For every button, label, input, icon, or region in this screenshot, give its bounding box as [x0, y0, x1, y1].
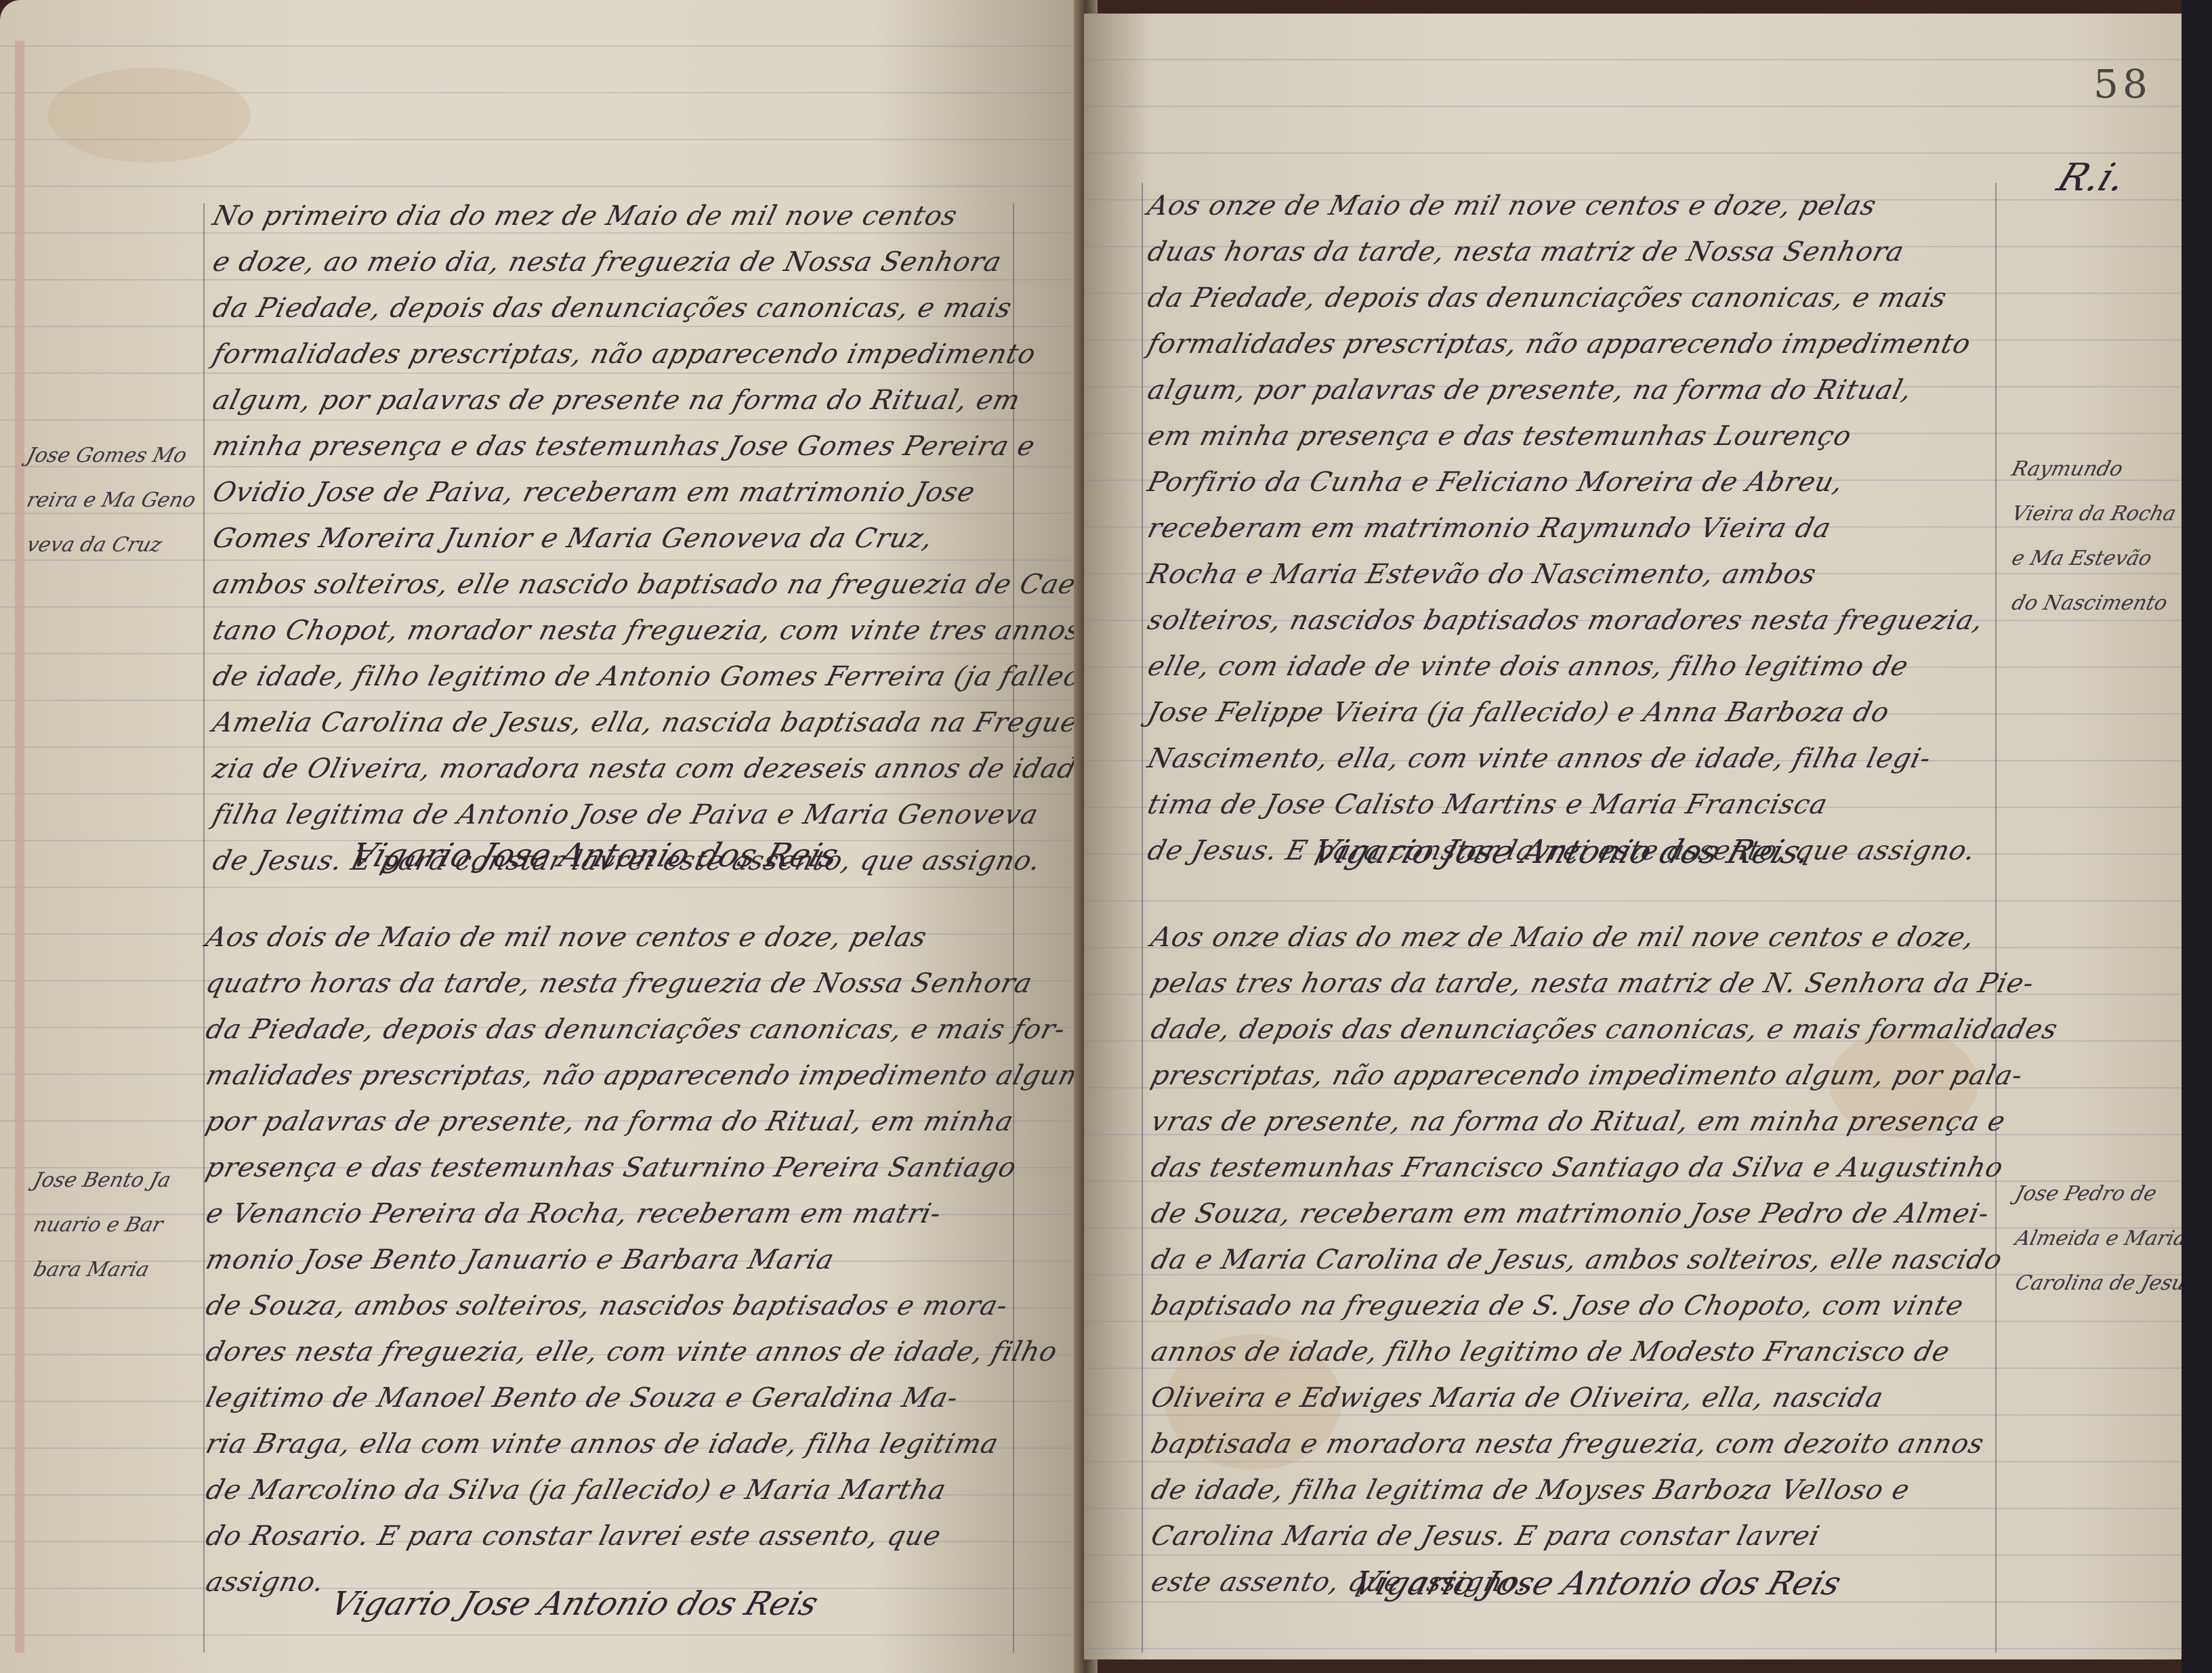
- margin-note-line: e Ma Estevão: [2007, 536, 2182, 581]
- entry-line: dade, depois das denunciações canonicas,…: [1146, 1007, 2064, 1053]
- entry-line: algum, por palavras de presente, na form…: [1143, 367, 1989, 413]
- margin-note-line: Raymundo: [2007, 447, 2182, 492]
- entry-line: Aos onze de Maio de mil nove centos e do…: [1143, 183, 1989, 229]
- entry-line: Amelia Carolina de Jesus, ella, nascida …: [208, 700, 1142, 746]
- entry-line: Ovidio Jose de Paiva, receberam em matri…: [208, 469, 1142, 515]
- margin-rule: [203, 203, 205, 1653]
- margin-note-3: Raymundo Vieira da Rocha e Ma Estevão do…: [2012, 447, 2175, 626]
- entry-2-signature: Vigario Jose Antonio dos Reis: [326, 1585, 823, 1623]
- entry-line: e doze, ao meio dia, nesta freguezia de …: [208, 239, 1142, 285]
- page-edge: [15, 41, 24, 1653]
- margin-note-line: Jose Gomes Mo: [22, 433, 201, 478]
- entry-line: tima de Jose Calisto Martins e Maria Fra…: [1143, 782, 1989, 828]
- entry-line: solteiros, nascidos baptisados moradores…: [1143, 597, 1989, 643]
- margin-note-line: reira e Ma Geno: [22, 478, 201, 523]
- entry-line: ambos solteiros, elle nascido baptisado …: [208, 562, 1142, 608]
- entry-line: receberam em matrimonio Raymundo Vieira …: [1143, 505, 1989, 551]
- entry-line: monio Jose Bento Januario e Barbara Mari…: [201, 1237, 1101, 1283]
- entry-line: Oliveira e Edwiges Maria de Oliveira, el…: [1146, 1375, 2064, 1421]
- entry-line: dores nesta freguezia, elle, com vinte a…: [201, 1329, 1101, 1375]
- entry-line: legitimo de Manoel Bento de Souza e Gera…: [201, 1375, 1101, 1421]
- book-cover-edge: [2182, 0, 2212, 1673]
- margin-note-line: nuario e Bar: [28, 1203, 176, 1248]
- entry-line: Nascimento, ella, com vinte annos de ida…: [1143, 736, 1989, 782]
- entry-line: tano Chopot, morador nesta freguezia, co…: [208, 608, 1142, 654]
- entry-4-text: Aos onze dias do mez de Maio de mil nove…: [1152, 914, 2058, 1605]
- entry-line: minha presença e das testemunhas Jose Go…: [208, 423, 1142, 469]
- entry-line: da Piedade, depois das denunciações cano…: [208, 285, 1142, 331]
- entry-3-signature: Vigario Jose Antonio dos Reis.: [1308, 833, 1816, 871]
- entry-line: Rocha e Maria Estevão do Nascimento, amb…: [1143, 551, 1989, 597]
- right-page: Raymundo Vieira da Rocha e Ma Estevão do…: [1084, 14, 2182, 1659]
- entry-line: prescriptas, não apparecendo impedimento…: [1146, 1053, 2064, 1099]
- margin-note-line: Vieira da Rocha: [2007, 492, 2182, 536]
- entry-line: em minha presença e das testemunhas Lour…: [1143, 413, 1989, 459]
- entry-line: ria Braga, ella com vinte annos de idade…: [201, 1421, 1101, 1467]
- entry-line: algum, por palavras de presente na forma…: [208, 377, 1142, 423]
- page-number: 58: [2093, 61, 2152, 107]
- margin-note-line: Jose Bento Ja: [28, 1158, 176, 1203]
- entry-line: pelas tres horas da tarde, nesta matriz …: [1146, 960, 2064, 1007]
- entry-line: baptisada e moradora nesta freguezia, co…: [1146, 1421, 2064, 1467]
- left-page: Jose Gomes Mo reira e Ma Geno veva da Cr…: [0, 0, 1084, 1673]
- entry-1-text: No primeiro dia do mez de Maio de mil no…: [213, 193, 1135, 884]
- open-register-book: Jose Gomes Mo reira e Ma Geno veva da Cr…: [0, 0, 2212, 1673]
- entry-line: de idade, filho legitimo de Antonio Gome…: [208, 654, 1142, 700]
- entry-line: de idade, filha legitima de Moyses Barbo…: [1146, 1467, 2064, 1513]
- entry-line: formalidades prescriptas, não apparecend…: [208, 331, 1142, 377]
- entry-line: No primeiro dia do mez de Maio de mil no…: [208, 193, 1142, 239]
- entry-line: duas horas da tarde, nesta matriz de Nos…: [1143, 229, 1989, 275]
- entry-line: Aos onze dias do mez de Maio de mil nove…: [1146, 914, 2064, 960]
- entry-line: da Piedade, depois das denunciações cano…: [1143, 275, 1989, 321]
- entry-line: Porfirio da Cunha e Feliciano Moreira de…: [1143, 459, 1989, 505]
- entry-line: Jose Felippe Vieira (ja fallecido) e Ann…: [1143, 690, 1989, 736]
- margin-note-line: veva da Cruz: [22, 523, 201, 568]
- entry-line: de Souza, receberam em matrimonio Jose P…: [1146, 1191, 2064, 1237]
- entry-line: por palavras de presente, na forma do Ri…: [201, 1099, 1101, 1145]
- entry-line: quatro horas da tarde, nesta freguezia d…: [201, 960, 1101, 1007]
- entry-line: presença e das testemunhas Saturnino Per…: [201, 1145, 1101, 1191]
- entry-line: da Piedade, depois das denunciações cano…: [201, 1007, 1101, 1053]
- entry-line: malidades prescriptas, não apparecendo i…: [201, 1053, 1101, 1099]
- entry-line: Gomes Moreira Junior e Maria Genoveva da…: [208, 515, 1142, 562]
- entry-2-text: Aos dois de Maio de mil nove centos e do…: [207, 914, 1095, 1605]
- entry-line: de Souza, ambos solteiros, nascidos bapt…: [201, 1283, 1101, 1329]
- entry-line: formalidades prescriptas, não apparecend…: [1143, 321, 1989, 367]
- paper-stain: [47, 68, 251, 163]
- entry-line: de Marcolino da Silva (ja fallecido) e M…: [201, 1467, 1101, 1513]
- entry-line: vras de presente, na forma do Ritual, em…: [1146, 1099, 2064, 1145]
- margin-note-line: do Nascimento: [2007, 581, 2182, 626]
- entry-line: do Rosario. E para constar lavrei este a…: [201, 1513, 1101, 1559]
- entry-line: zia de Oliveira, moradora nesta com deze…: [208, 746, 1142, 792]
- entry-line: baptisado na freguezia de S. Jose do Cho…: [1146, 1283, 2064, 1329]
- margin-rule: [1142, 183, 1143, 1653]
- margin-note-2: Jose Bento Ja nuario e Bar bara Maria: [34, 1158, 170, 1292]
- entry-line: da e Maria Carolina de Jesus, ambos solt…: [1146, 1237, 2064, 1283]
- entry-3-text: Aos onze de Maio de mil nove centos e do…: [1148, 183, 1983, 874]
- margin-note-1: Jose Gomes Mo reira e Ma Geno veva da Cr…: [27, 433, 195, 568]
- entry-line: das testemunhas Francisco Santiago da Si…: [1146, 1145, 2064, 1191]
- entry-line: e Venancio Pereira da Rocha, receberam e…: [201, 1191, 1101, 1237]
- margin-note-line: bara Maria: [28, 1248, 176, 1292]
- entry-line: filha legitima de Antonio Jose de Paiva …: [208, 792, 1142, 838]
- entry-1-signature: Vigario Jose Antonio dos Reis: [346, 836, 843, 874]
- entry-line: elle, com idade de vinte dois annos, fil…: [1143, 643, 1989, 690]
- entry-line: Carolina Maria de Jesus. E para constar …: [1146, 1513, 2064, 1559]
- entry-line: annos de idade, filho legitimo de Modest…: [1146, 1329, 2064, 1375]
- entry-line: Aos dois de Maio de mil nove centos e do…: [201, 914, 1101, 960]
- entry-4-signature: Vigario Jose Antonio dos Reis: [1349, 1565, 1846, 1603]
